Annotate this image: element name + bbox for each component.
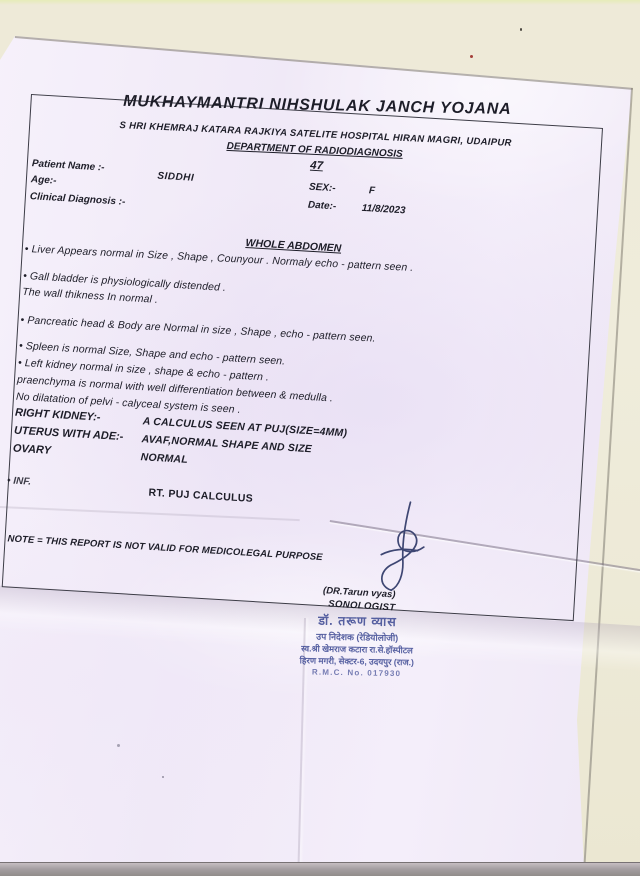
doctor-signature-scribble [365,494,445,602]
dark-speck [520,28,522,31]
photo-bottom-edge [0,862,640,876]
doctor-stamp: डॉ. तरूण व्यास उप निदेशक (रेडियोलोजी) स्… [249,610,465,694]
patient-name-value: SIDDHI [157,171,194,184]
report-form-frame: MUKHAYMANTRI NIHSHULAK JANCH YOJANA S HR… [2,94,603,621]
patient-name-label: Patient Name :- [32,158,105,173]
paper-speck [162,776,164,778]
date-label: Date:- [308,200,337,213]
medicolegal-note: NOTE = THIS REPORT IS NOT VALID FOR MEDI… [7,533,323,563]
right-kidney-label: RIGHT KIDNEY:- [15,407,101,424]
scanned-photo-background: MUKHAYMANTRI NIHSHULAK JANCH YOJANA S HR… [0,0,640,876]
paper-speck [117,744,120,747]
finding-gall-bladder-wall: The wall thikness In normal . [22,286,158,306]
impression-value: RT. PUJ CALCULUS [148,487,253,505]
impression-label: • INF. [7,475,32,487]
date-value: 11/8/2023 [361,203,405,217]
age-label: Age:- [31,174,57,186]
finding-pancreas: • Pancreatic head & Body are Normal in s… [20,314,376,345]
age-value: 47 [310,160,323,173]
ovary-value: NORMAL [140,451,188,466]
sex-label: SEX:- [309,182,336,195]
clinical-diagnosis-label: Clinical Diagnosis :- [30,191,126,208]
ovary-label: OVARY [13,443,52,457]
uterus-label: UTERUS WITH ADE:- [14,425,124,443]
red-speck [470,55,473,58]
sex-value: F [369,185,376,196]
